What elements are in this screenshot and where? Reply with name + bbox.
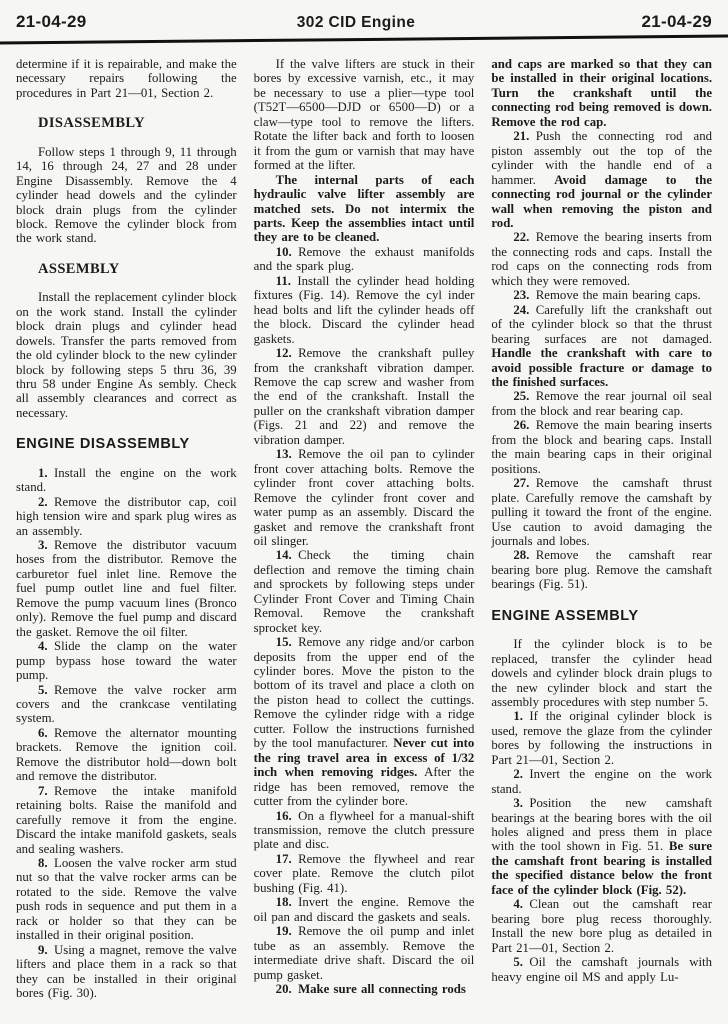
- step-paragraph: 13. Remove the oil pan to cylinder front…: [254, 447, 475, 548]
- step-number: 4.: [513, 897, 529, 911]
- step-number: 7.: [38, 784, 54, 798]
- body-text: Follow steps 1 through 9, 11 through 14,…: [16, 145, 237, 246]
- step-number: 12.: [276, 346, 298, 360]
- bold-text: Handle the crankshaft with care to avoid…: [491, 346, 712, 389]
- step-number: 22.: [513, 230, 535, 244]
- step-paragraph: 4. Slide the clamp on the water pump byp…: [16, 639, 237, 682]
- body-text: If the valve lifters are stuck in their …: [254, 57, 475, 172]
- step-number: 11.: [276, 274, 298, 288]
- bold-text: Make sure all connecting rods: [298, 982, 466, 996]
- step-number: 9.: [38, 943, 54, 957]
- step-number: 1.: [38, 466, 54, 480]
- step-number: 26.: [513, 418, 535, 432]
- step-paragraph: 7. Remove the intake manifold retaining …: [16, 784, 237, 856]
- paragraph: determine if it is repairable, and make …: [16, 57, 237, 100]
- step-paragraph: 16. On a flywheel for a manual-shift tra…: [254, 809, 475, 852]
- step-number: 19.: [276, 924, 298, 938]
- step-number: 3.: [513, 796, 529, 810]
- column: If the valve lifters are stuck in their …: [254, 57, 475, 1001]
- step-paragraph: 5. Oil the camshaft journals with heavy …: [491, 955, 712, 984]
- page-title: 302 CID Engine: [297, 14, 415, 32]
- step-number: 21.: [513, 129, 535, 143]
- step-number: 15.: [276, 635, 298, 649]
- step-paragraph: 20. Make sure all connecting rods: [254, 982, 475, 996]
- step-number: 8.: [38, 856, 54, 870]
- step-number: 2.: [38, 495, 54, 509]
- step-number: 18.: [276, 895, 298, 909]
- step-number: 6.: [38, 726, 54, 740]
- step-number: 20.: [276, 982, 298, 996]
- step-paragraph: 4. Clean out the camshaft rear bearing b…: [491, 897, 712, 955]
- step-paragraph: 8. Loosen the valve rocker arm stud nut …: [16, 856, 237, 943]
- step-paragraph: 22. Remove the bearing inserts from the …: [491, 230, 712, 288]
- step-number: 25.: [513, 389, 535, 403]
- bold-text: The internal parts of each hydraulic val…: [254, 173, 475, 245]
- step-number: 17.: [276, 852, 298, 866]
- step-paragraph: 14. Check the timing chain deflection an…: [254, 548, 475, 635]
- step-paragraph: 27. Remove the camshaft thrust plate. Ca…: [491, 476, 712, 548]
- step-number: 13.: [276, 447, 298, 461]
- paragraph: Install the replacement cylinder block o…: [16, 290, 237, 420]
- section-heading: ENGINE DISASSEMBLY: [16, 436, 237, 452]
- step-number: 5.: [38, 683, 54, 697]
- step-paragraph: 25. Remove the rear journal oil seal fro…: [491, 389, 712, 418]
- column: and caps are marked so that they can be …: [491, 57, 712, 1001]
- page-number-right: 21-04-29: [642, 12, 712, 32]
- step-number: 28.: [513, 548, 535, 562]
- step-paragraph: 5. Remove the valve rocker arm covers an…: [16, 683, 237, 726]
- paragraph: If the valve lifters are stuck in their …: [254, 57, 475, 173]
- step-paragraph: 21. Push the connecting rod and piston a…: [491, 129, 712, 230]
- step-number: 1.: [513, 709, 529, 723]
- body-text: Remove any ridge and/or carbon deposits …: [254, 635, 475, 750]
- step-paragraph: 23. Remove the main bearing caps.: [491, 288, 712, 302]
- body-text: Install the replacement cylinder block o…: [16, 290, 237, 420]
- paragraph: and caps are marked so that they can be …: [491, 57, 712, 129]
- step-paragraph: 26. Remove the main bearing inserts from…: [491, 418, 712, 476]
- paragraph: Follow steps 1 through 9, 11 through 14,…: [16, 145, 237, 246]
- step-paragraph: 9. Using a magnet, remove the valve lift…: [16, 943, 237, 1001]
- step-paragraph: 2. Invert the engine on the work stand.: [491, 767, 712, 796]
- section-heading: ENGINE ASSEMBLY: [491, 608, 712, 624]
- section-heading: DISASSEMBLY: [16, 115, 237, 131]
- page-number-left: 21-04-29: [16, 12, 86, 32]
- paragraph: If the cylinder block is to be replaced,…: [491, 637, 712, 709]
- step-number: 23.: [513, 288, 535, 302]
- step-paragraph: 12. Remove the crankshaft pulley from th…: [254, 346, 475, 447]
- step-paragraph: 18. Invert the engine. Remove the oil pa…: [254, 895, 475, 924]
- step-paragraph: 3. Remove the distributor vacuum hoses f…: [16, 538, 237, 639]
- step-number: 3.: [38, 538, 54, 552]
- body-text: Remove the oil pan to cylinder front cov…: [254, 447, 475, 548]
- step-paragraph: 1. Install the engine on the work stand.: [16, 466, 237, 495]
- step-paragraph: 10. Remove the exhaust manifolds and the…: [254, 245, 475, 274]
- step-number: 24.: [513, 303, 535, 317]
- step-paragraph: 2. Remove the distributor cap, coil high…: [16, 495, 237, 538]
- body-text: Remove the distributor vacuum hoses from…: [16, 538, 237, 639]
- step-number: 27.: [513, 476, 535, 490]
- step-paragraph: 3. Position the new camshaft bearings at…: [491, 796, 712, 897]
- step-paragraph: 28. Remove the camshaft rear bearing bor…: [491, 548, 712, 591]
- step-paragraph: 1. If the original cylinder block is use…: [491, 709, 712, 767]
- step-number: 2.: [513, 767, 529, 781]
- column: determine if it is repairable, and make …: [16, 57, 237, 1001]
- step-paragraph: 15. Remove any ridge and/or carbon depos…: [254, 635, 475, 808]
- step-paragraph: 17. Remove the flywheel and rear cover p…: [254, 852, 475, 895]
- step-number: 5.: [513, 955, 529, 969]
- manual-page: 21-04-29 302 CID Engine 21-04-29 determi…: [0, 0, 728, 1024]
- body-text: determine if it is repairable, and make …: [16, 57, 237, 100]
- page-content: determine if it is repairable, and make …: [0, 41, 728, 1001]
- step-number: 16.: [276, 809, 298, 823]
- paragraph: The internal parts of each hydraulic val…: [254, 173, 475, 245]
- step-number: 4.: [38, 639, 54, 653]
- body-text: If the cylinder block is to be replaced,…: [491, 637, 712, 709]
- page-header: 21-04-29 302 CID Engine 21-04-29: [0, 0, 728, 36]
- body-text: Remove the main bearing caps.: [536, 288, 701, 302]
- step-number: 10.: [276, 245, 298, 259]
- step-paragraph: 24. Carefully lift the crankshaft out of…: [491, 303, 712, 390]
- body-text: Remove the crankshaft pulley from the cr…: [254, 346, 475, 447]
- step-paragraph: 11. Install the cylinder head holding fi…: [254, 274, 475, 346]
- step-paragraph: 19. Remove the oil pump and inlet tube a…: [254, 924, 475, 982]
- step-number: 14.: [276, 548, 298, 562]
- section-heading: ASSEMBLY: [16, 261, 237, 277]
- step-paragraph: 6. Remove the alternator mounting bracke…: [16, 726, 237, 784]
- bold-text: and caps are marked so that they can be …: [491, 57, 712, 129]
